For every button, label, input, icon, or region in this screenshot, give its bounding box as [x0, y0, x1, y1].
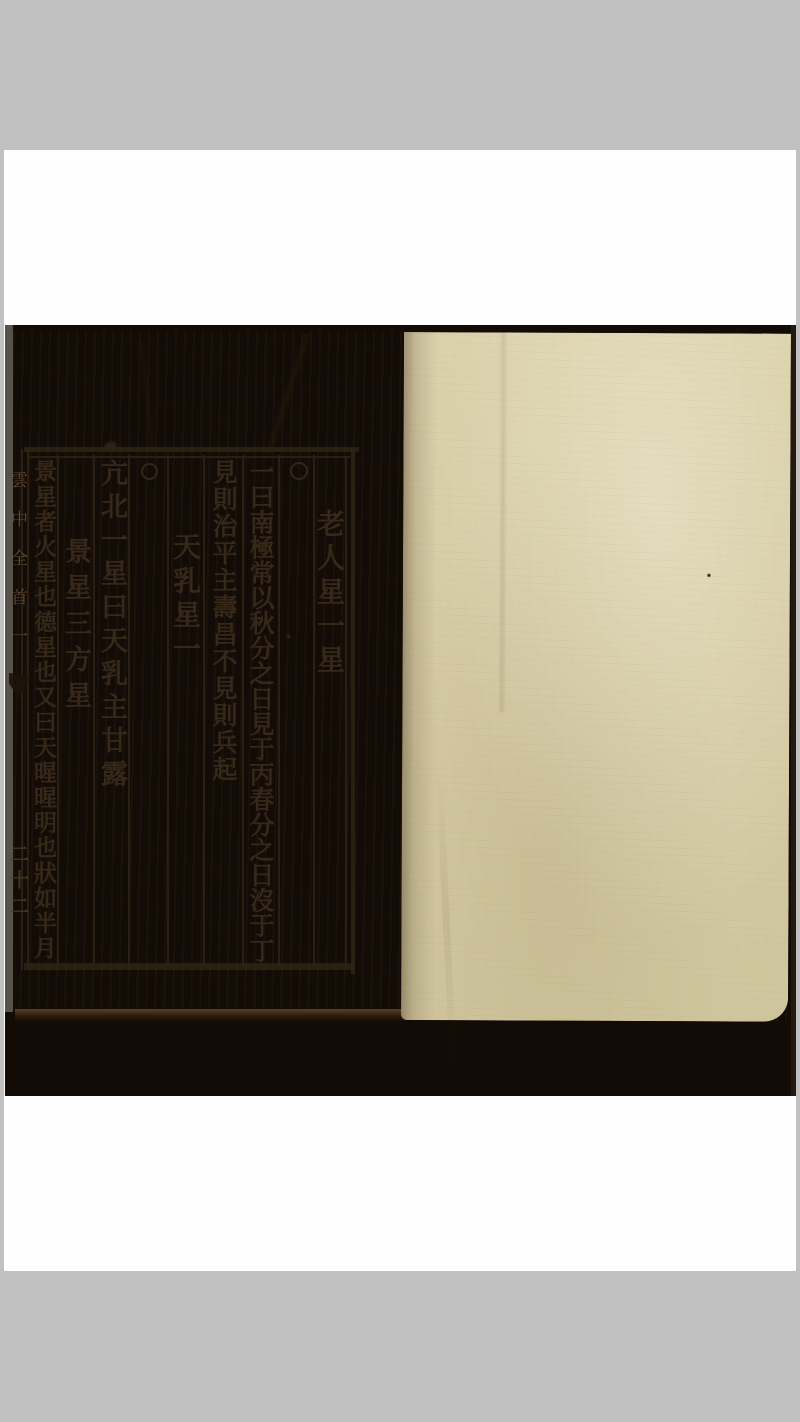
ink-dot — [286, 634, 291, 639]
scan-right-edge-line — [791, 325, 796, 1096]
ink-dot — [707, 573, 711, 577]
old-man-star-entry-column-1: 一曰南極常以秋分之日見于丙春分之日沒于丁 — [243, 459, 278, 965]
heading-jingxing-star: 景星三方星 — [58, 537, 93, 718]
paper-crease — [497, 332, 508, 712]
frame-top-inner-line — [28, 456, 350, 458]
frame-bottom-border — [24, 963, 355, 970]
column-rule — [128, 455, 130, 965]
section-circle-marker — [141, 463, 158, 480]
heading-old-man-star: 老人星一星 — [313, 509, 345, 685]
column-rule — [278, 455, 280, 965]
paper-crease — [435, 762, 457, 1082]
scan-left-edge-strip — [5, 325, 13, 1012]
section-circle-marker — [290, 462, 308, 480]
paper-crease — [137, 341, 156, 451]
paper-crease — [264, 333, 312, 455]
frame-top-border — [24, 447, 359, 452]
paper-texture — [13, 331, 407, 1012]
page-edge-stack — [15, 1009, 405, 1022]
frame-right-border — [351, 447, 355, 974]
frame-right-inner-line — [345, 456, 347, 968]
column-rule — [93, 455, 95, 965]
column-rule — [242, 455, 244, 965]
column-rule — [203, 455, 205, 965]
frame-left-line — [21, 449, 23, 970]
paper-texture — [401, 332, 791, 1022]
heading-tianru-star: 天乳星一 — [167, 532, 203, 672]
right-page — [401, 332, 791, 1022]
tianru-star-entry-column: 亢北一星曰天乳主甘露 — [94, 459, 128, 793]
column-rule — [57, 455, 59, 965]
left-page: 老人星一星 一曰南極常以秋分之日見于丙春分之日沒于丁 見則治平主壽昌不見則兵起 … — [13, 331, 407, 1012]
jingxing-star-entry-column: 景星者火星也德星也又曰天暒暒明也狀如半月 — [28, 459, 57, 962]
old-man-star-entry-column-2: 見則治平主壽昌不見則兵起 — [205, 459, 242, 785]
book-scan-photo: 老人星一星 一曰南極常以秋分之日見于丙春分之日沒于丁 見則治平主壽昌不見則兵起 … — [5, 325, 796, 1096]
frame-left-inner-line — [27, 449, 29, 970]
column-rule — [313, 455, 315, 965]
column-rule — [167, 455, 169, 965]
